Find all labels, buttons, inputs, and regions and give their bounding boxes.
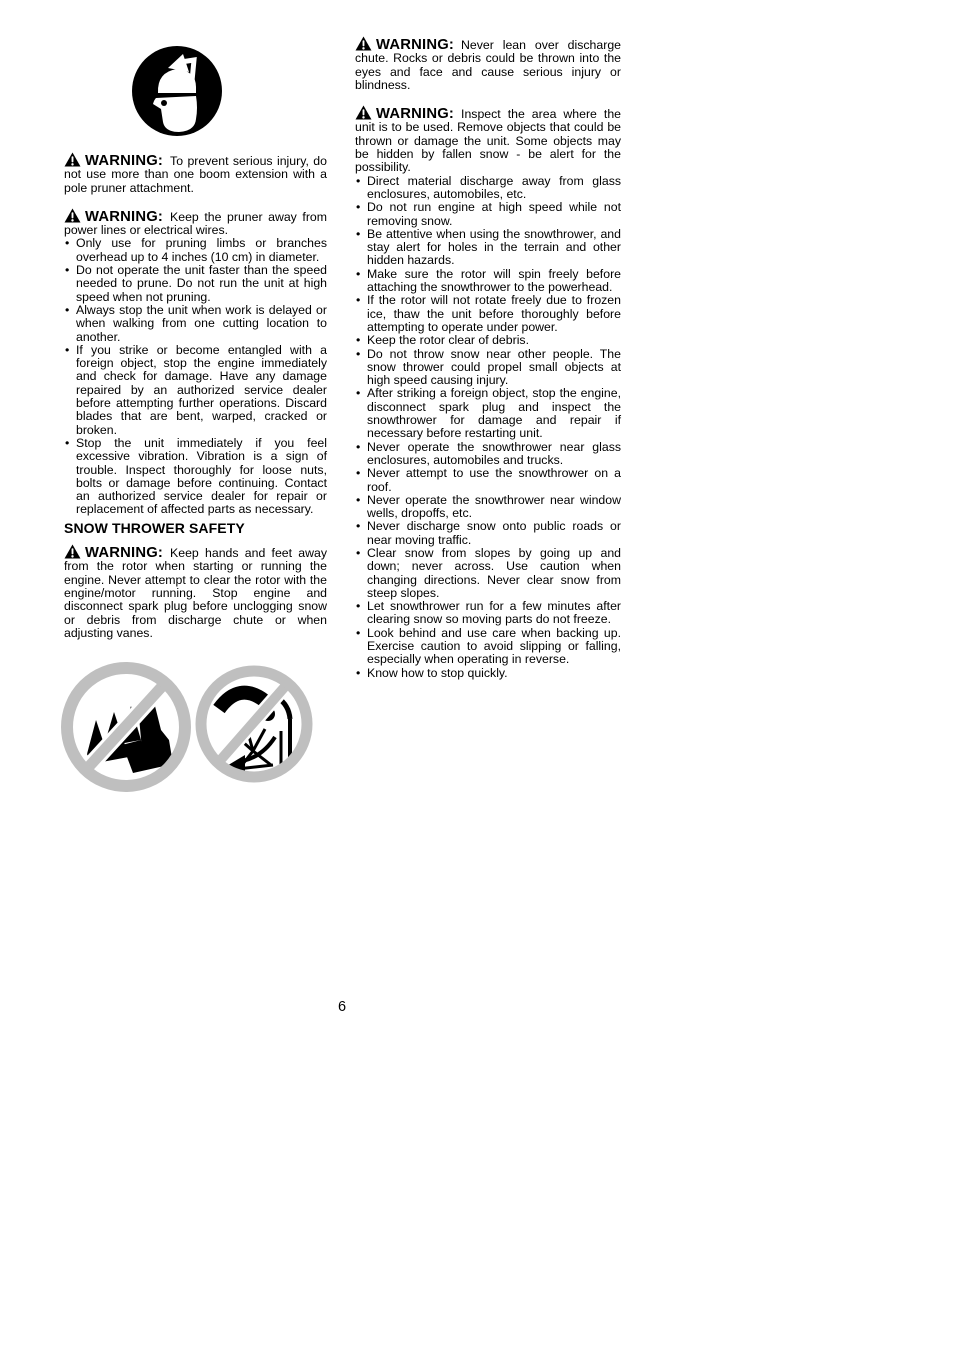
pruner-safety-bullet-list: Only use for pruning limbs or branches o… — [64, 237, 327, 516]
warning-triangle-icon — [355, 105, 372, 120]
bullet-item: Do not throw snow near other people. The… — [355, 348, 621, 388]
bullet-item: Never discharge snow onto public roads o… — [355, 520, 621, 547]
bullet-item: Make sure the rotor will spin freely bef… — [355, 268, 621, 295]
section-heading-snow-thrower-safety: SNOW THROWER SAFETY — [64, 522, 327, 535]
warning-paragraph-pruner-injury: WARNING:To prevent serious injury, do no… — [64, 152, 327, 195]
bullet-item: Never attempt to use the snowthrower on … — [355, 467, 621, 494]
bullet-item: Keep the rotor clear of debris. — [355, 334, 621, 347]
warning-paragraph-inspect-area: WARNING:Inspect the area where the unit … — [355, 105, 621, 174]
right-column: WARNING:Never lean over discharge chute.… — [355, 36, 621, 680]
left-column: WARNING:To prevent serious injury, do no… — [64, 40, 327, 794]
bullet-item: After striking a foreign object, stop th… — [355, 387, 621, 440]
bullet-item: If the rotor will not rotate freely due … — [355, 294, 621, 334]
bullet-item: Let snowthrower run for a few minutes af… — [355, 600, 621, 627]
bullet-item: Do not run engine at high speed while no… — [355, 201, 621, 228]
page-number: 6 — [338, 999, 346, 1015]
bullet-item: Be attentive when using the snowthrower,… — [355, 228, 621, 268]
bullet-item: Clear snow from slopes by going up and d… — [355, 547, 621, 600]
snow-thrower-safety-bullet-list: Direct material discharge away from glas… — [355, 175, 621, 680]
bullet-item: If you strike or become entangled with a… — [64, 344, 327, 437]
bullet-item: Never operate the snowthrower near windo… — [355, 494, 621, 521]
face-shield-icon-svg — [132, 45, 222, 137]
bullet-item: Never operate the snowthrower near glass… — [355, 441, 621, 468]
bullet-item: Know how to stop quickly. — [355, 667, 621, 680]
prohibition-icons-row — [60, 660, 327, 794]
no-lean-over-chute-prohibition-icon — [195, 663, 313, 785]
face-shield-required-icon — [132, 45, 222, 137]
warning-text: Keep hands and feet away from the rotor … — [64, 546, 327, 640]
warning-triangle-icon — [64, 208, 81, 223]
warning-paragraph-discharge-chute: WARNING:Never lean over discharge chute.… — [355, 36, 621, 92]
bullet-item: Always stop the unit when work is delaye… — [64, 304, 327, 344]
bullet-item: Do not operate the unit faster than the … — [64, 264, 327, 304]
bullet-item: Only use for pruning limbs or branches o… — [64, 237, 327, 264]
bullet-item: Direct material discharge away from glas… — [355, 175, 621, 202]
bullet-item: Look behind and use care when backing up… — [355, 627, 621, 667]
warning-paragraph-power-lines: WARNING:Keep the pruner away from power … — [64, 208, 327, 238]
bullet-item: Stop the unit immediately if you feel ex… — [64, 437, 327, 517]
warning-triangle-icon — [64, 544, 81, 559]
no-touch-rotor-prohibition-icon — [60, 660, 192, 794]
warning-triangle-icon — [355, 36, 372, 51]
warning-triangle-icon — [64, 152, 81, 167]
warning-paragraph-rotor-hands-feet: WARNING:Keep hands and feet away from th… — [64, 544, 327, 640]
